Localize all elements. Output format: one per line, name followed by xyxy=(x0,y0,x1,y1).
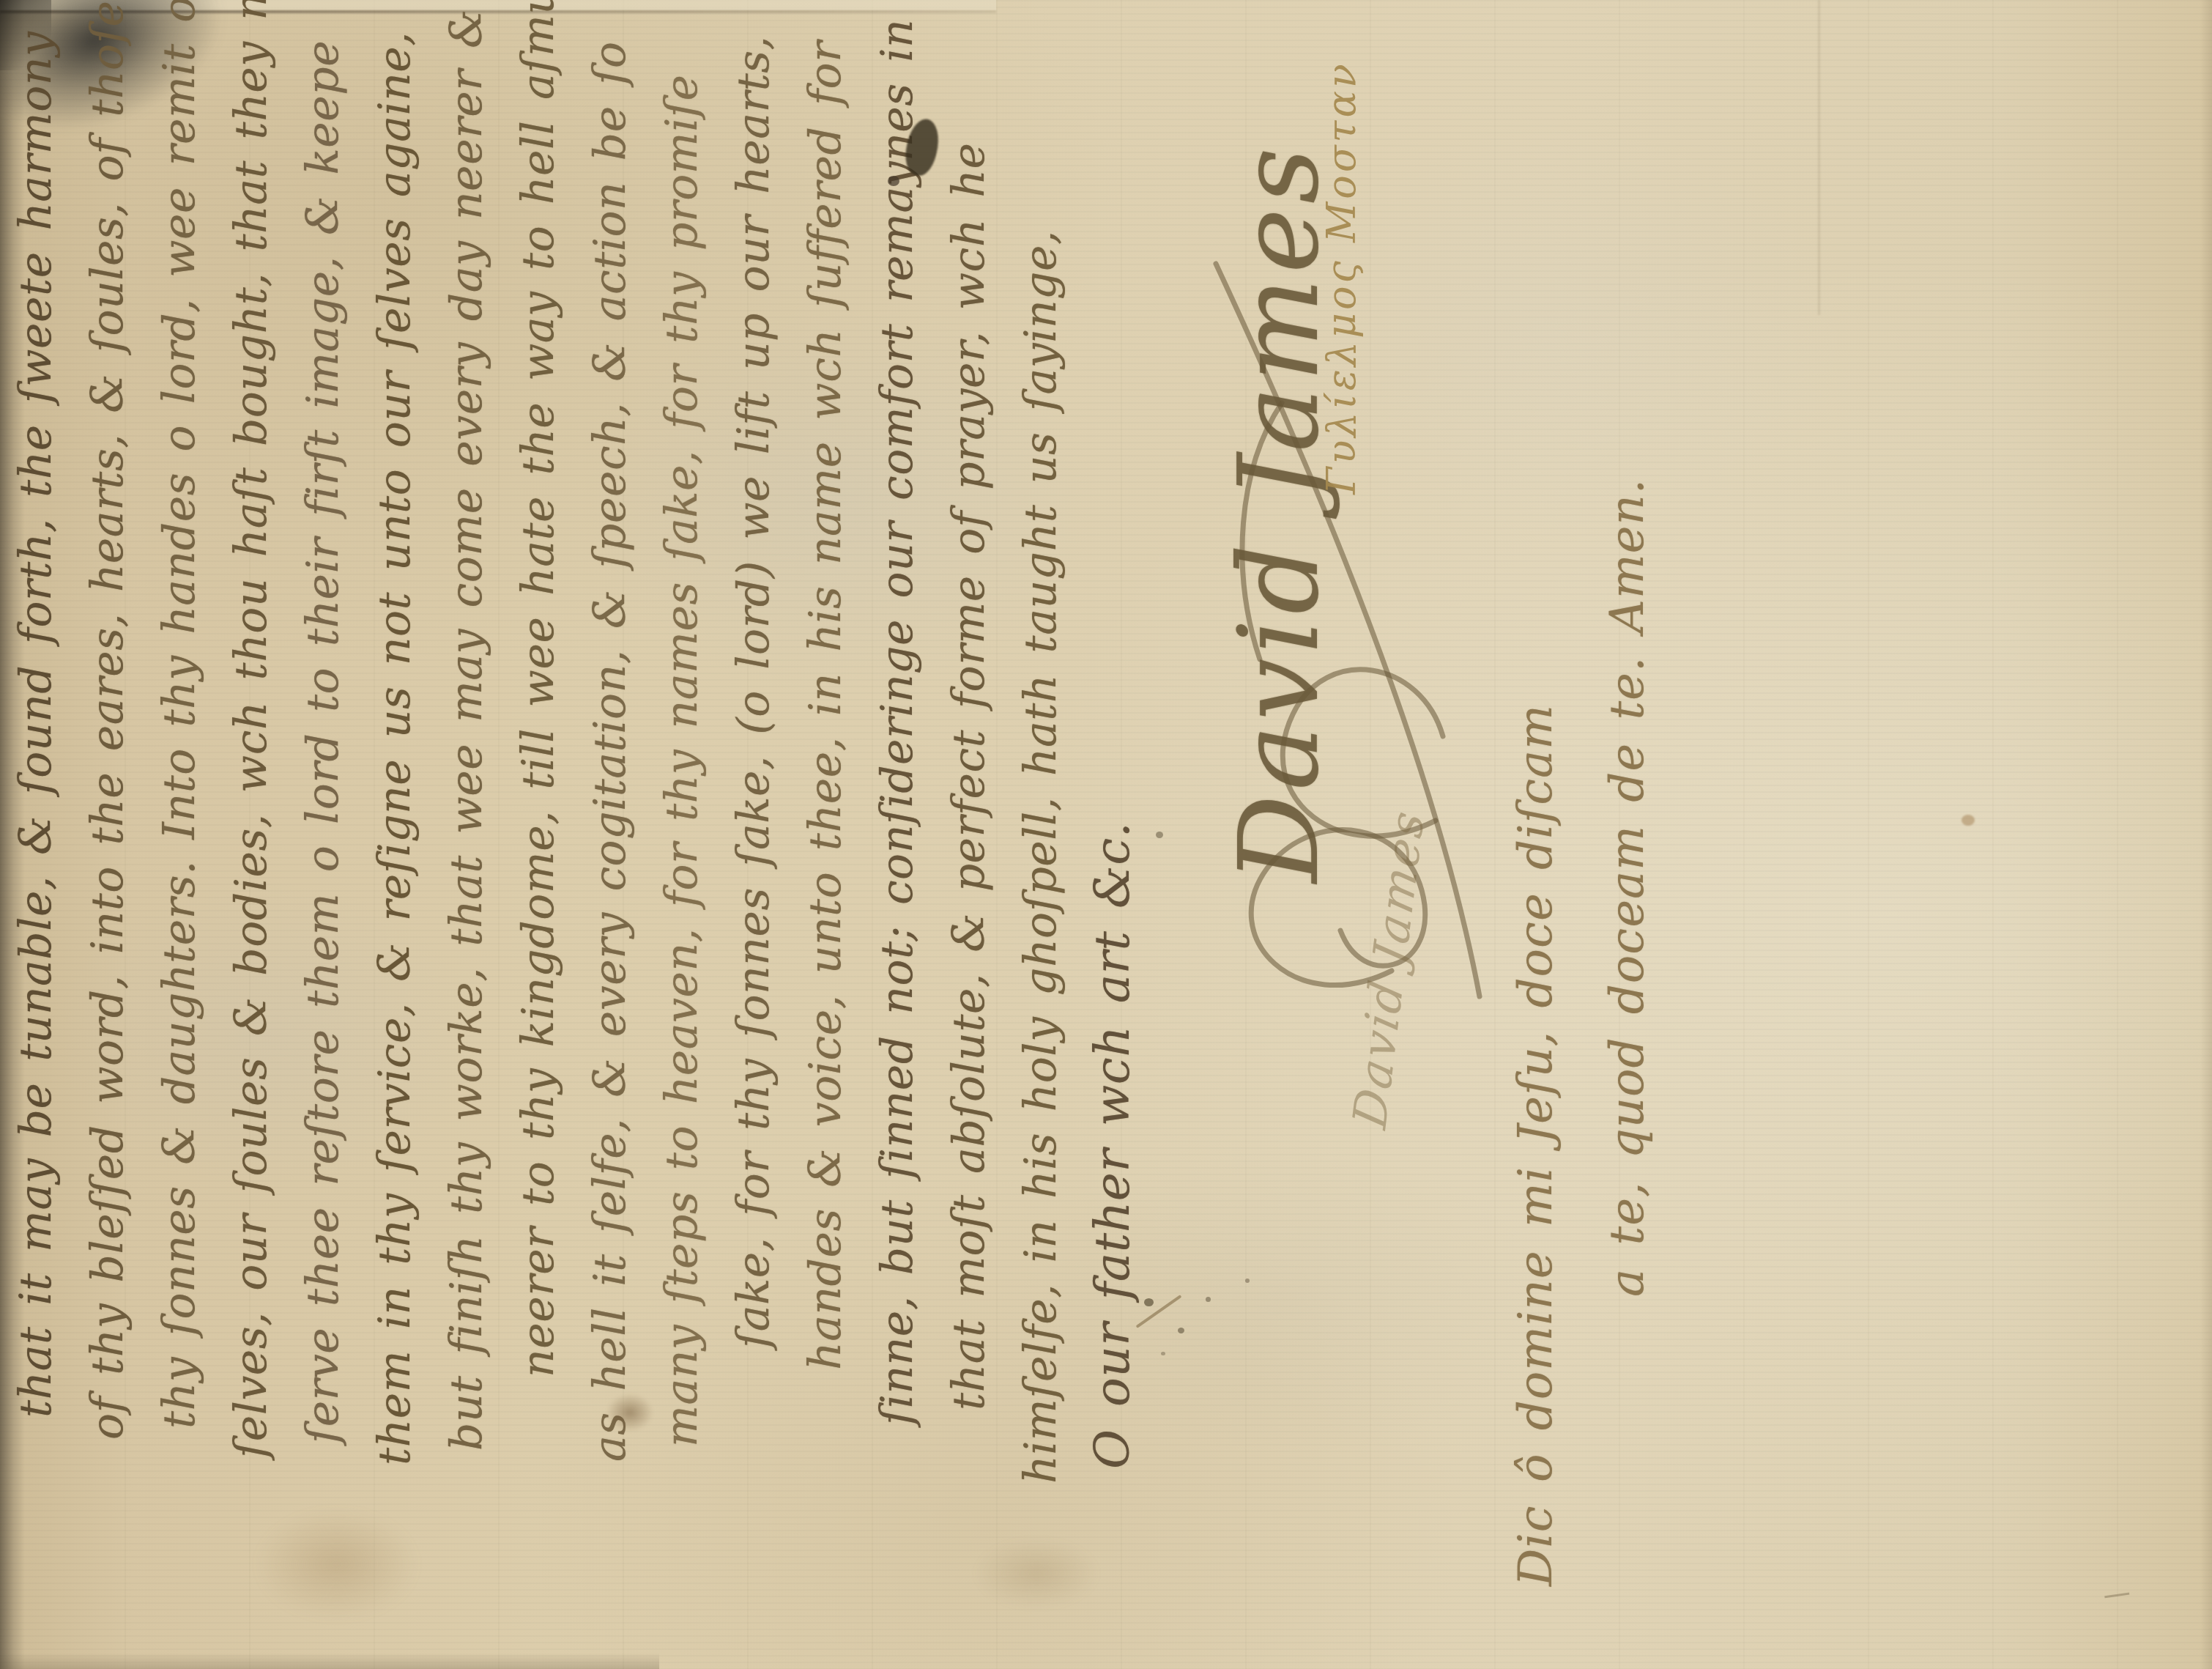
latin-motto-block: Dic ô domine mi Jeſu, doce diſcam a te, … xyxy=(1491,238,1677,1586)
ink-spatter-dot xyxy=(1206,1297,1211,1302)
prayer-line: ſake, for thy ſonnes ſake, (o lord) we l… xyxy=(718,0,790,1495)
paper-stain xyxy=(974,1539,1099,1608)
prayer-line: himſelfe, in his holy ghoſpell, hath tau… xyxy=(1005,0,1077,1495)
prayer-line: as hell it ſelfe, & every cogitation, & … xyxy=(574,0,646,1495)
ink-blot-small xyxy=(888,176,899,186)
ink-spatter-dot xyxy=(1178,1328,1184,1333)
prayer-line: ſelves, our ſoules & bodies, wch thou ha… xyxy=(215,0,287,1495)
paper-stain xyxy=(256,1509,417,1619)
right-edge-shadow xyxy=(2200,0,2212,1669)
prayer-line: but finiſh thy worke, that wee may come … xyxy=(431,0,502,1495)
signature-faint: David James xyxy=(1362,777,1472,1128)
ink-spatter-dot xyxy=(1245,1278,1250,1283)
paper-stain xyxy=(606,1394,653,1432)
manuscript-page: that it may be tunable, & ſound forth, t… xyxy=(0,0,2212,1669)
foxing-spot xyxy=(1962,815,1975,826)
prayer-line: of thy bleſſed word, into the eares, hea… xyxy=(72,0,144,1495)
ink-spatter-dot xyxy=(1144,1298,1154,1306)
prayer-text-block: that it may be tunable, & ſound forth, t… xyxy=(0,0,1165,1495)
ink-spatter-dot xyxy=(1161,1352,1165,1355)
latin-line: Dic ô domine mi Jeſu, doce diſcam xyxy=(1491,238,1582,1586)
prayer-line: O our father wch art &c. xyxy=(1077,0,1148,1495)
prayer-line: many ſteps to heaven, for thy names ſake… xyxy=(646,0,718,1495)
greek-inscription: Γυλίελμος Μοσταν xyxy=(1318,84,1403,495)
prayer-line: ſerve thee reſtore them o lord to their … xyxy=(287,0,359,1495)
prayer-line: neerer to thy kingdome, till wee hate th… xyxy=(502,0,574,1495)
prayer-line: handes & voice, unto thee, in his name w… xyxy=(790,0,861,1495)
ink-spatter-dot xyxy=(1156,832,1163,838)
paper-crease xyxy=(1818,0,1820,315)
prayer-line: that it may be tunable, & ſound forth, t… xyxy=(0,0,72,1495)
bottom-edge-shadow xyxy=(0,1653,659,1669)
latin-line: a te, quod doceam de te. Amen. xyxy=(1582,238,1674,1586)
prayer-line: them in thy ſervice, & reſigne us not un… xyxy=(359,0,431,1495)
prayer-line: that moſt abſolute, & perfect forme of p… xyxy=(933,0,1005,1495)
prayer-line: ſinne, but ſinned not; conſideringe our … xyxy=(861,0,933,1495)
prayer-line: thy ſonnes & daughters. Into thy handes … xyxy=(144,0,215,1495)
